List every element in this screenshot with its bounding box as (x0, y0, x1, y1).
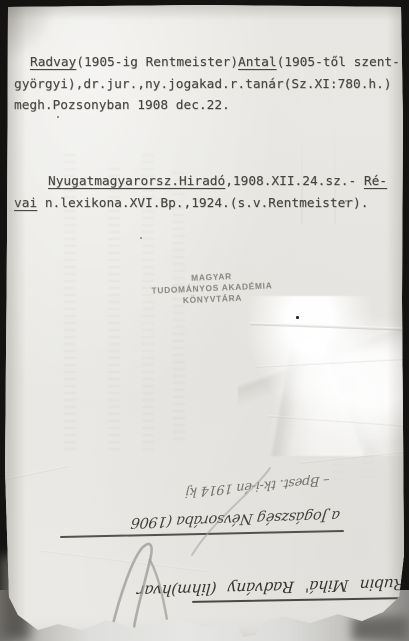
name-firstname: Antal (238, 55, 277, 70)
typed-line: vai n.lexikona.XVI.Bp.,1924.(s.v.Rentmei… (14, 193, 406, 215)
library-stamp: MAGYAR TUDOMÁNYOS AKADÉMIA KÖNYVTÁRA (146, 269, 277, 308)
crease-line (1, 465, 70, 482)
typed-line: Radvay(1905-ig Rentmeister)Antal(1905-tő… (14, 52, 406, 74)
typed-line: megh.Pozsonyban 1908 dec.22. (14, 95, 406, 117)
crumple-zone (238, 296, 409, 456)
typed-line: györgyi),dr.jur.,ny.jogakad.r.tanár(Sz.X… (14, 74, 406, 96)
periodical-title: Nyugatmagyarorsz.Hiradó (48, 174, 225, 189)
typed-sources: Nyugatmagyarorsz.Hiradó,1908.XII.24.sz.-… (14, 171, 406, 214)
ink-speck (296, 316, 299, 319)
catalog-slip-paper: Radvay(1905-ig Rentmeister)Antal(1905-tő… (0, 0, 409, 641)
ink-speck (140, 237, 142, 239)
typed-line: Nyugatmagyarorsz.Hiradó,1908.XII.24.sz.-… (14, 171, 406, 193)
typed-entry-heading: Radvay(1905-ig Rentmeister)Antal(1905-tő… (14, 52, 406, 117)
pencil-scribble (85, 455, 305, 640)
name-surname: Radvay (30, 55, 76, 70)
